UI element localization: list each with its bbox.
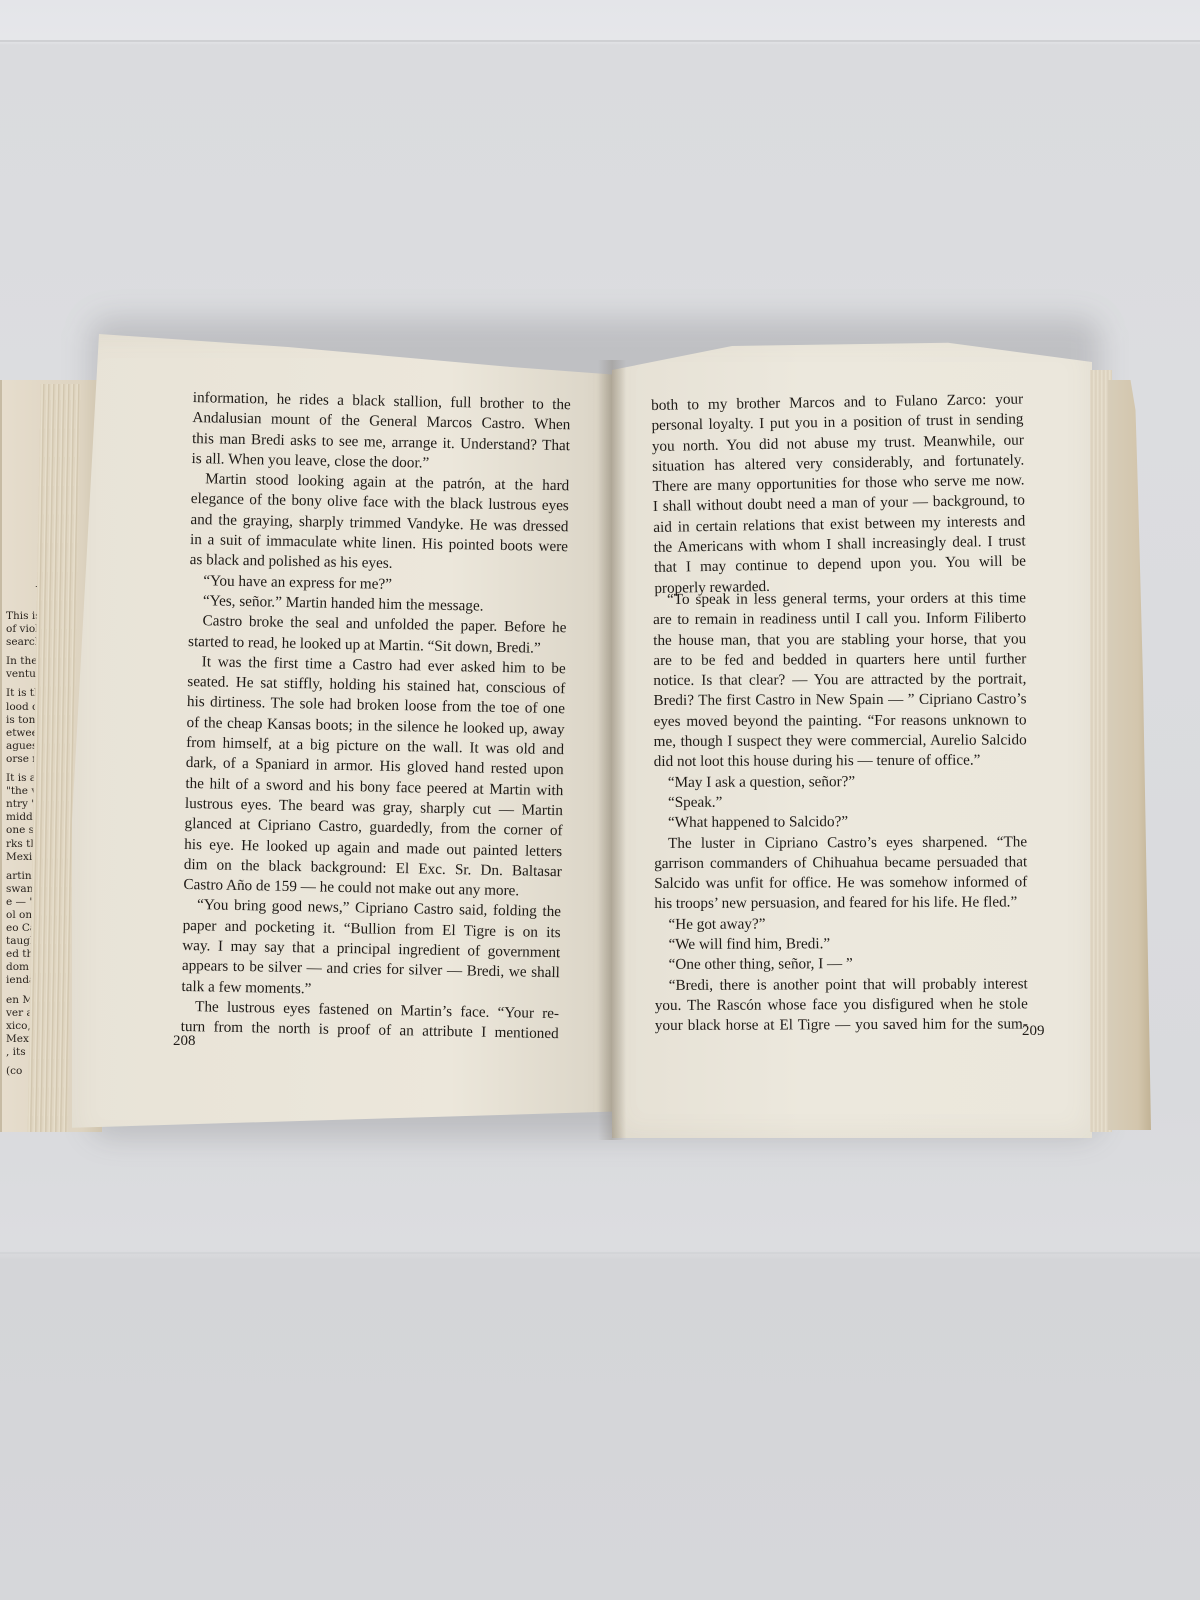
text-line: are to remain in readiness until I call … [653, 609, 1026, 631]
text-line: “Bredi, there is another point that will… [655, 974, 1028, 996]
text-line: The luster in Cipriano Castro’s eyes sha… [654, 832, 1027, 854]
text-line: “Speak.” [654, 791, 1027, 813]
backdrop-seam-bottom [0, 1252, 1200, 1254]
text-line: did not loot this house during his — ten… [654, 751, 1027, 773]
text-line: the house man, that you are stabling you… [653, 629, 1026, 651]
text-line: “One other thing, señor, I — ” [655, 954, 1028, 976]
text-line: “What happened to Salcido?” [654, 812, 1027, 834]
text-line: are to be fed and bedded in quarters her… [653, 649, 1026, 671]
text-line: eyes moved beyond the painting. “For rea… [654, 710, 1027, 732]
page-number-left: 208 [173, 1033, 196, 1050]
backdrop-seam-top [0, 40, 1200, 42]
text-line: garrison commanders of Chihuahua became … [654, 852, 1027, 874]
text-line: me, though I suspect they were commercia… [654, 730, 1027, 752]
right-page-text-upper: both to my brother Marcos and to Fulano … [651, 390, 1026, 599]
right-page-text-lower: “To speak in less general terms, your or… [653, 588, 1028, 1036]
text-line: Salcido was unfit for office. He was som… [654, 873, 1027, 895]
left-page-text: information, he rides a black stallion, … [181, 388, 571, 1045]
book-gutter [598, 360, 626, 1140]
text-line: your black horse at El Tigre — you saved… [655, 1015, 1028, 1037]
text-line: you. The Rascón whose face you disfigure… [655, 994, 1028, 1016]
text-line: “He got away?” [654, 913, 1027, 935]
text-line: “May I ask a question, señor?” [654, 771, 1027, 793]
text-line: “To speak in less general terms, your or… [653, 588, 1026, 610]
dust-jacket-flap-right [1108, 380, 1158, 1130]
text-line: his troops’ new persuasion, and feared f… [654, 893, 1027, 915]
page-number-right: 209 [1022, 1023, 1045, 1040]
text-line: “We will find him, Bredi.” [655, 933, 1028, 955]
text-line: notice. Is that clear? — You are attract… [653, 670, 1026, 692]
text-line: Bredi? The first Castro in New Spain — ”… [653, 690, 1026, 712]
